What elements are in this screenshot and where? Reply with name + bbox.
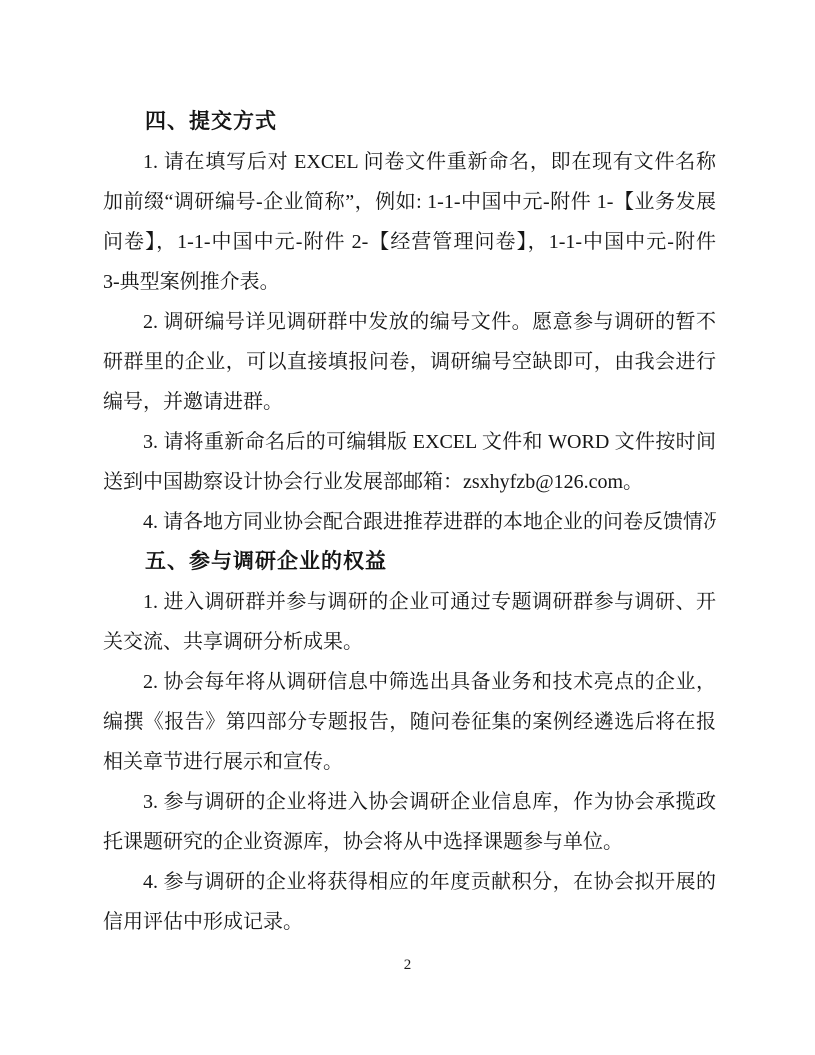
document-page: 四、提交方式1. 请在填写后对 EXCEL 问卷文件重新命名，即在现有文件名称前…: [0, 0, 815, 1055]
text-line: 信用评估中形成记录。: [103, 902, 716, 942]
paragraph: 2. 协会每年将从调研信息中筛选出具备业务和技术亮点的企业，约稿编撰《报告》第四…: [103, 662, 716, 782]
paragraph: 3. 参与调研的企业将进入协会调研企业信息库，作为协会承揽政府委托课题研究的企业…: [103, 782, 716, 862]
text-line: 3-典型案例推介表。: [103, 262, 716, 302]
text-line: 2. 协会每年将从调研信息中筛选出具备业务和技术亮点的企业，约稿: [103, 662, 716, 702]
text-line: 研群里的企业，可以直接填报问卷，调研编号空缺即可，由我会进行补充: [103, 342, 716, 382]
section-heading: 四、提交方式: [103, 102, 716, 142]
text-line: 关交流、共享调研分析成果。: [103, 622, 716, 662]
text-line: 编号，并邀请进群。: [103, 382, 716, 422]
text-line: 1. 请在填写后对 EXCEL 问卷文件重新命名，即在现有文件名称前面增: [103, 142, 716, 182]
section-heading: 五、参与调研企业的权益: [103, 542, 716, 582]
paragraph: 4. 参与调研的企业将获得相应的年度贡献积分，在协会拟开展的相关信用评估中形成记…: [103, 862, 716, 942]
text-line: 1. 进入调研群并参与调研的企业可通过专题调研群参与调研、开展相: [103, 582, 716, 622]
text-line: 送到中国勘察设计协会行业发展部邮箱：zsxhyfzb@126.com。: [103, 462, 716, 502]
text-line: 编撰《报告》第四部分专题报告，随问卷征集的案例经遴选后将在报告的: [103, 702, 716, 742]
page-number: 2: [0, 953, 815, 977]
document-body: 四、提交方式1. 请在填写后对 EXCEL 问卷文件重新命名，即在现有文件名称前…: [103, 102, 716, 942]
text-line: 托课题研究的企业资源库，协会将从中选择课题参与单位。: [103, 822, 716, 862]
text-line: 2. 调研编号详见调研群中发放的编号文件。愿意参与调研的暂不在调: [103, 302, 716, 342]
text-line: 问卷】，1-1-中国中元-附件 2-【经营管理问卷】，1-1-中国中元-附件: [103, 222, 716, 262]
paragraph: 4. 请各地方同业协会配合跟进推荐进群的本地企业的问卷反馈情况。: [103, 502, 716, 542]
text-line: 3. 请将重新命名后的可编辑版 EXCEL 文件和 WORD 文件按时间要求发: [103, 422, 716, 462]
paragraph: 1. 请在填写后对 EXCEL 问卷文件重新命名，即在现有文件名称前面增加前缀“…: [103, 142, 716, 302]
text-line: 加前缀“调研编号-企业简称”，例如: 1-1-中国中元-附件 1-【业务发展: [103, 182, 716, 222]
paragraph: 2. 调研编号详见调研群中发放的编号文件。愿意参与调研的暂不在调研群里的企业，可…: [103, 302, 716, 422]
text-line: 3. 参与调研的企业将进入协会调研企业信息库，作为协会承揽政府委: [103, 782, 716, 822]
text-line: 4. 参与调研的企业将获得相应的年度贡献积分，在协会拟开展的相关: [103, 862, 716, 902]
paragraph: 3. 请将重新命名后的可编辑版 EXCEL 文件和 WORD 文件按时间要求发送…: [103, 422, 716, 502]
paragraph: 1. 进入调研群并参与调研的企业可通过专题调研群参与调研、开展相关交流、共享调研…: [103, 582, 716, 662]
text-line: 相关章节进行展示和宣传。: [103, 742, 716, 782]
text-line: 4. 请各地方同业协会配合跟进推荐进群的本地企业的问卷反馈情况。: [103, 502, 716, 542]
